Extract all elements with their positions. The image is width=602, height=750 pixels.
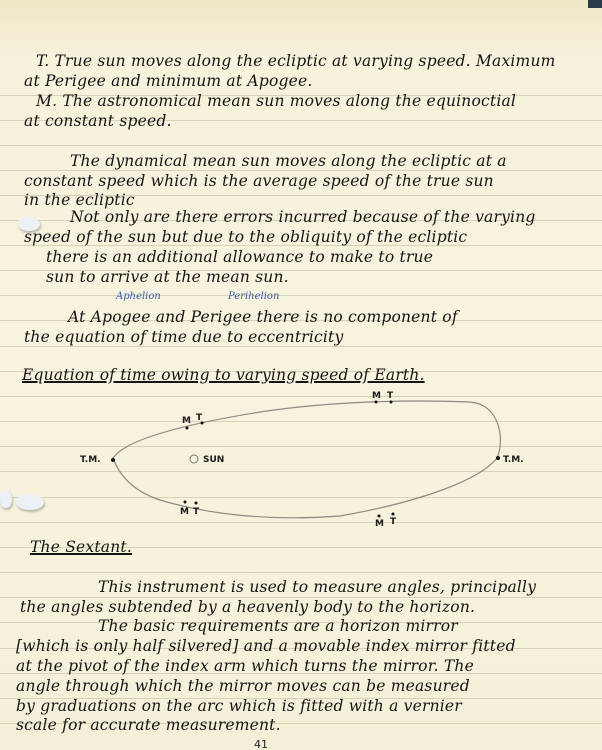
section-heading-sextant: The Sextant.: [30, 538, 132, 556]
svg-text:T: T: [387, 391, 394, 401]
text-line: the angles subtended by a heavenly body …: [20, 598, 475, 616]
svg-text:M: M: [180, 507, 189, 517]
svg-text:M: M: [375, 519, 384, 529]
page-number: 41: [254, 738, 268, 750]
text-line: This instrument is used to measure angle…: [98, 578, 536, 596]
svg-text:T: T: [196, 413, 203, 423]
text-line: angle through which the mirror moves can…: [16, 677, 470, 695]
text-line: The basic requirements are a horizon mir…: [98, 617, 458, 635]
text-line: at the pivot of the index arm which turn…: [16, 657, 474, 675]
label-tm-right: T.M.: [503, 455, 524, 465]
label-tm-left: T.M.: [80, 455, 101, 465]
text-line: by graduations on the arc which is fitte…: [16, 697, 462, 715]
svg-text:M: M: [372, 391, 381, 401]
svg-text:T: T: [193, 507, 200, 517]
notebook-page: T. True sun moves along the ecliptic at …: [0, 0, 602, 750]
text-line: [which is only half silvered] and a mova…: [16, 637, 516, 655]
svg-text:T: T: [390, 517, 397, 527]
text-line: scale for accurate measurement.: [16, 716, 281, 734]
label-sun: SUN: [203, 455, 224, 465]
svg-text:M: M: [182, 416, 191, 426]
